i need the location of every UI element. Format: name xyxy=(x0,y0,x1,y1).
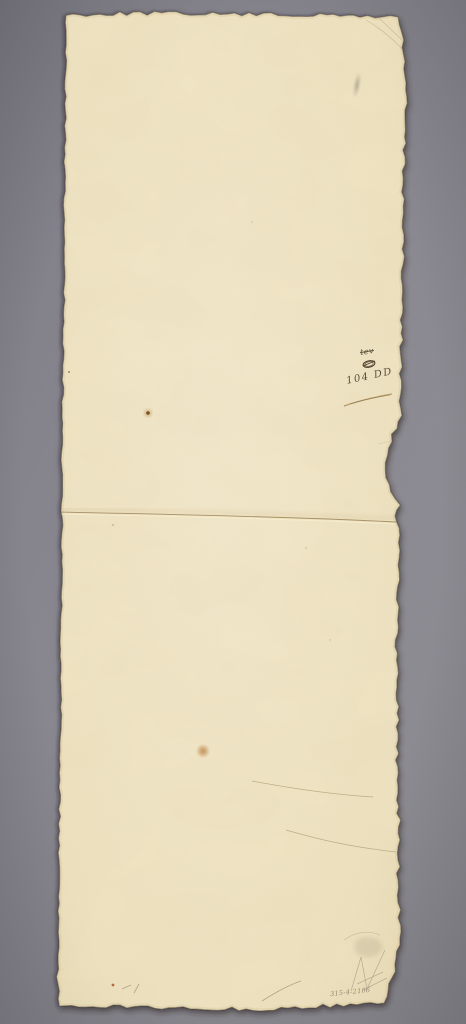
document-photo: tev 104 DD 315-4-2106 xyxy=(0,0,466,1024)
paper-sheet xyxy=(30,0,430,1024)
scene-svg xyxy=(0,0,466,1024)
